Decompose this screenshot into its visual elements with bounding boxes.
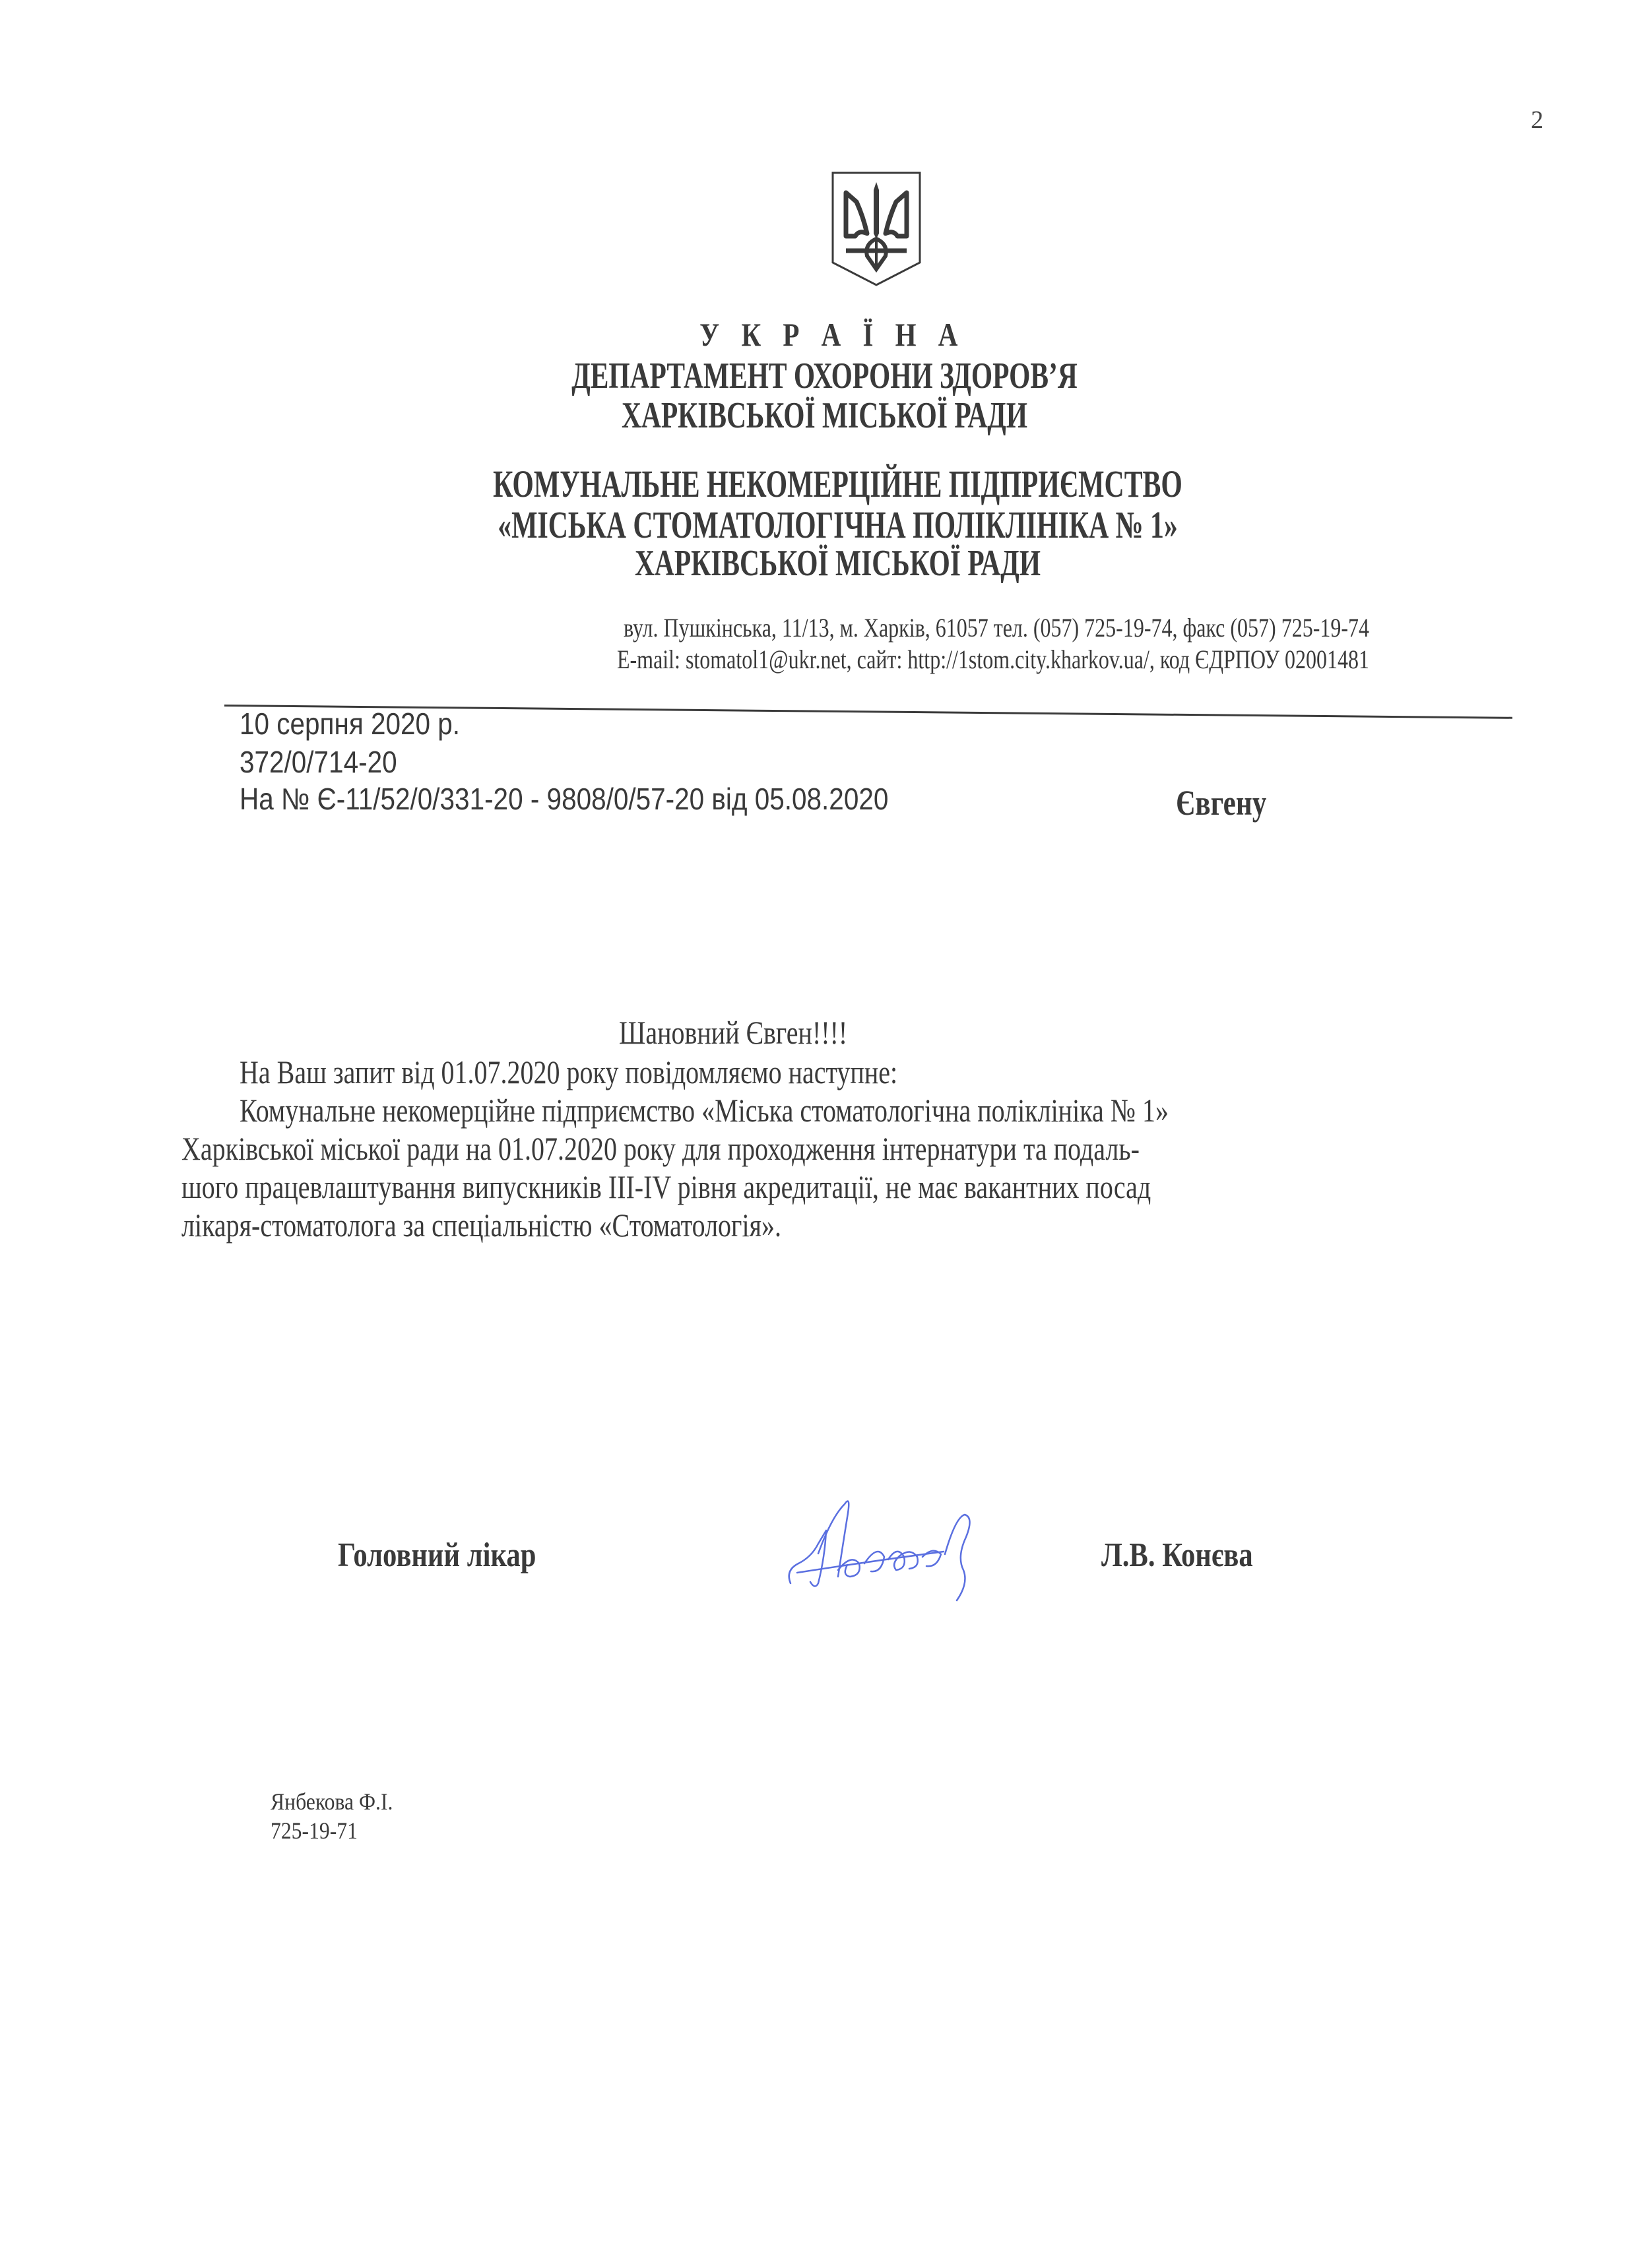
recipient: Євгену [1176, 782, 1266, 823]
header-organization-council: ХАРКІВСЬКОЇ МІСЬКОЇ РАДИ [228, 542, 1448, 584]
body-paragraph-2-line: Харківської міської ради на 01.07.2020 р… [181, 1129, 1140, 1168]
body-paragraph-2-line: лікаря-стоматолога за спеціальністю «Сто… [181, 1206, 781, 1244]
header-organization-line1: КОМУНАЛЬНЕ НЕКОМЕРЦІЙНЕ ПІДПРИЄМСТВО [244, 462, 1431, 506]
body-paragraph-2-line: Комунальне некомерційне підприємство «Мі… [240, 1091, 1169, 1129]
header-organization-line2: «МІСЬКА СТОМАТОЛОГІЧНА ПОЛІКЛІНІКА № 1» [244, 503, 1431, 547]
body-paragraph-2-line: шого працевлаштування випускників ІІІ-IV… [181, 1168, 1151, 1206]
header-department: ДЕПАРТАМЕНТ ОХОРОНИ ЗДОРОВ’Я [214, 355, 1435, 397]
header-country: У К Р А Ї Н А [156, 315, 1508, 354]
handwritten-signature-icon [779, 1491, 1016, 1603]
contact-address: вул. Пушкінська, 11/13, м. Харків, 61057… [562, 612, 1369, 643]
signatory-name: Л.В. Конєва [1101, 1536, 1253, 1575]
coat-of-arms-of-ukraine-icon [830, 170, 922, 288]
body-paragraph-1: На Ваш запит від 01.07.2020 року повідом… [240, 1053, 897, 1091]
executor-name: Янбекова Ф.І. [271, 1788, 393, 1815]
header-council: ХАРКІВСЬКОЇ МІСЬКОЇ РАДИ [214, 394, 1435, 437]
page-number: 2 [1531, 106, 1543, 135]
outgoing-number: 372/0/714-20 [240, 744, 397, 780]
letter-date: 10 серпня 2020 р. [240, 706, 460, 741]
salutation: Шановний Євген!!!! [619, 1013, 847, 1052]
contact-email-website: E-mail: stomatol1@ukr.net, сайт: http://… [562, 644, 1369, 675]
reference-number: На № Є-11/52/0/331-20 - 9808/0/57-20 від… [240, 781, 888, 817]
signatory-title: Головний лікар [338, 1536, 536, 1575]
executor-phone: 725-19-71 [271, 1817, 358, 1844]
